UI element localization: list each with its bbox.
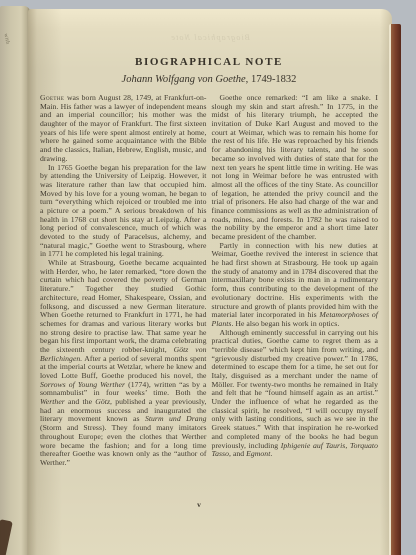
paragraph-segment: Partly in connection with his new duties…	[212, 241, 379, 320]
paragraph-segment: Goethe	[40, 93, 64, 102]
paragraph: Although eminently successful in carryin…	[212, 329, 379, 459]
paragraph-segment: (Storm and Stress). They found many imit…	[40, 423, 207, 467]
paragraph-segment: Egmont	[246, 449, 270, 458]
book-photo: with Biographical Note BIOGRAPHICAL NOTE…	[0, 0, 416, 555]
page-title: BIOGRAPHICAL NOTE	[40, 56, 378, 68]
paragraph-segment: and the	[65, 397, 95, 406]
paragraph-segment: . He also began his work in optics.	[231, 319, 339, 328]
paragraph-segment: Iphigenie auf Tauris	[281, 441, 346, 450]
paragraph-segment: Sturm und Drang	[145, 414, 207, 423]
paragraph-segment: In 1765 Goethe began his preparation for…	[40, 163, 207, 259]
text-column-right: Goethe once remarked: “I am like a snake…	[212, 94, 379, 468]
subtitle-author-name: Johann Wolfgang von Goethe,	[122, 74, 249, 85]
text-columns: Goethe was born August 28, 1749, at Fran…	[40, 94, 378, 468]
paragraph: Goethe was born August 28, 1749, at Fran…	[40, 94, 207, 164]
paragraph-segment: Götz	[95, 397, 110, 406]
paragraph: Partly in connection with his new duties…	[212, 242, 379, 329]
paragraph-segment: , and	[229, 449, 246, 458]
subtitle-dates: 1749-1832	[248, 74, 296, 85]
facing-page-text: with	[2, 33, 10, 45]
paragraph-segment: While at Strasbourg, Goethe became acqua…	[40, 258, 207, 354]
paragraph-segment: Sorrows of Young Werther	[40, 380, 125, 389]
paragraph: While at Strasbourg, Goethe became acqua…	[40, 259, 207, 468]
book-cover-edge	[389, 24, 401, 555]
paragraph-segment: Although eminently successful in carryin…	[212, 328, 379, 450]
page-subtitle: Johann Wolfgang von Goethe, 1749-1832	[40, 74, 378, 85]
paragraph-segment: Werther	[40, 397, 65, 406]
paragraph-segment: Goethe once remarked: “I am like a snake…	[212, 93, 379, 241]
text-column-left: Goethe was born August 28, 1749, at Fran…	[40, 94, 207, 468]
page-number: v	[28, 500, 370, 509]
paragraph: Goethe once remarked: “I am like a snake…	[212, 94, 379, 242]
page-content: BIOGRAPHICAL NOTE Johann Wolfgang von Go…	[28, 56, 392, 468]
book-page: Biographical Note BIOGRAPHICAL NOTE Joha…	[28, 9, 392, 555]
facing-page-edge: with	[0, 6, 30, 555]
paragraph-segment: was born August 28, 1749, at Frankfurt-o…	[40, 93, 207, 163]
paragraph: In 1765 Goethe began his preparation for…	[40, 164, 207, 260]
show-through-text: Biographical Note	[28, 33, 392, 42]
paragraph-segment: .	[270, 449, 272, 458]
